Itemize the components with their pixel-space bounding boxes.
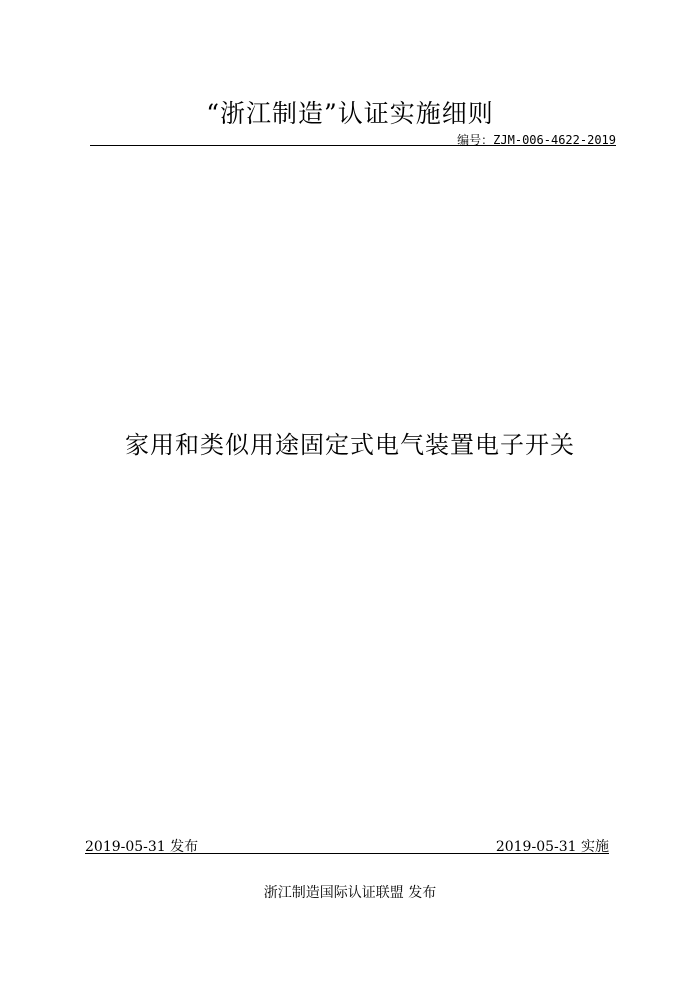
publisher: 浙江制造国际认证联盟 发布 [0,882,700,902]
document-title: “浙江制造”认证实施细则 [0,94,700,130]
main-title: 家用和类似用途固定式电气装置电子开关 [0,425,700,460]
header-divider [90,145,616,146]
footer-divider [85,853,609,854]
